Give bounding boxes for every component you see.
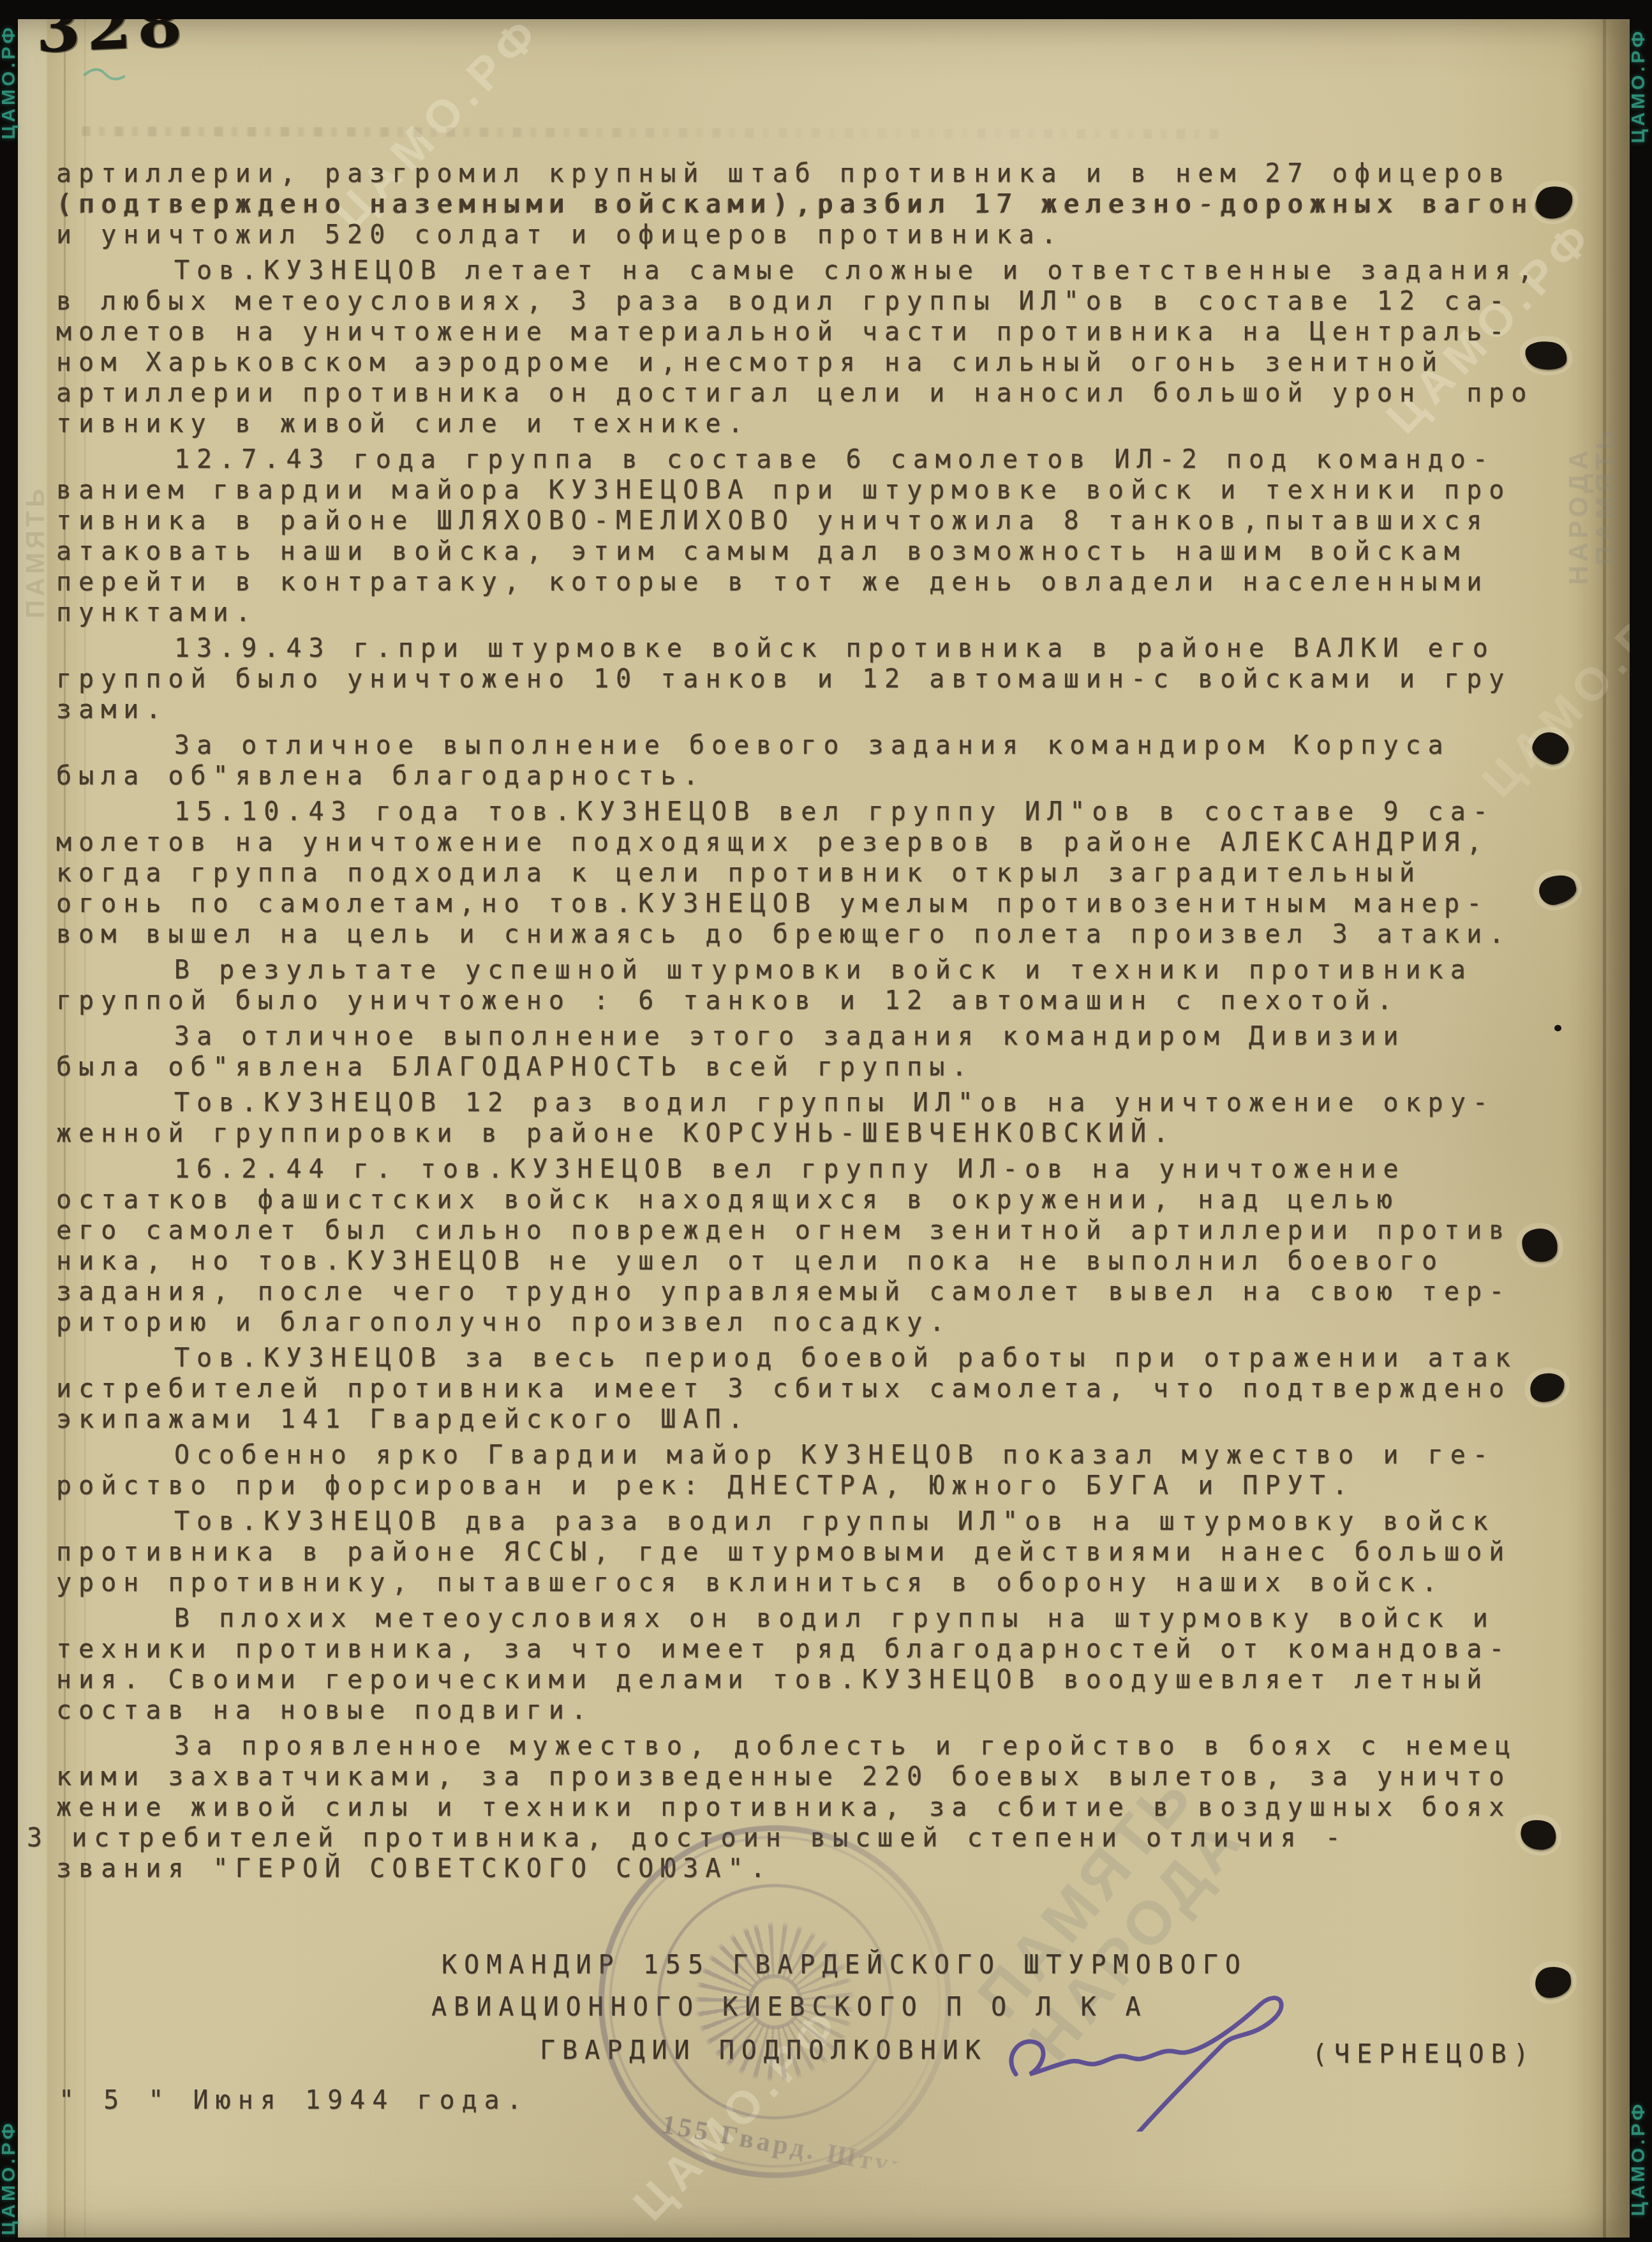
typed-line: тивника в районе ШЛЯХОВО-МЕЛИХОВО уничто…	[56, 505, 1562, 536]
document-scan: ЦАМО.РФ ЦАМО.РФ ЦАМО.РФ ЦАМО.РФ ПАМЯТЬ Н…	[0, 0, 1652, 2242]
typed-line: перейти в контратаку, которые в тот же д…	[56, 567, 1562, 597]
typed-line: огонь по самолетам,но тов.КУЗНЕЦОВ умелы…	[56, 888, 1562, 919]
paragraph: 13.9.43 г.при штурмовке войск противника…	[56, 633, 1562, 725]
typed-line: 16.2.44 г. тов.КУЗНЕЦОВ вел группу ИЛ-ов…	[56, 1154, 1562, 1185]
typed-line: группой было уничтожено : 6 танков и 12 …	[56, 985, 1562, 1016]
typed-line: Тов.КУЗНЕЦОВ 12 раз водил группы ИЛ"ов н…	[56, 1087, 1562, 1118]
typed-line: была об"явлена благодарность.	[56, 761, 1562, 791]
typed-line: За отличное выполнение боевого задания к…	[56, 730, 1562, 761]
typed-line: Тов.КУЗНЕЦОВ летает на самые сложные и о…	[56, 255, 1562, 286]
typed-line: 13.9.43 г.при штурмовке войск противника…	[56, 633, 1562, 664]
typed-line: женной группировки в районе КОРСУНЬ-ШЕВЧ…	[56, 1118, 1562, 1149]
typed-line: ном Харьковском аэродроме и,несмотря на …	[56, 347, 1562, 378]
scan-border-left	[0, 0, 18, 2242]
typed-line: ника, но тов.КУЗНЕЦОВ не ушел от цели по…	[56, 1246, 1562, 1276]
ink-dot	[1554, 1025, 1561, 1031]
signature-ink	[983, 1978, 1353, 2132]
typed-line: задания, после чего трудно управляемый с…	[56, 1276, 1562, 1307]
typed-line: В результате успешной штурмовки войск и …	[56, 955, 1562, 985]
scan-border-bottom	[0, 2238, 1652, 2242]
typed-line: Тов.КУЗНЕЦОВ за весь период боевой работ…	[56, 1343, 1562, 1373]
typed-line: (подтверждено наземными войсками),разбил…	[56, 189, 1562, 220]
typed-line: кими захватчиками, за произведенные 220 …	[56, 1761, 1562, 1792]
typed-line: 12.7.43 года группа в составе 6 самолето…	[56, 444, 1562, 475]
watermark-pamyat-vertical: ПАМЯТЬ	[1590, 426, 1621, 565]
paragraph: артиллерии, разгромил крупный штаб проти…	[56, 158, 1562, 250]
typed-line: группой было уничтожено 10 танков и 12 а…	[56, 664, 1562, 694]
typed-line: молетов на уничтожение материальной част…	[56, 317, 1562, 347]
paragraph: В результате успешной штурмовки войск и …	[56, 955, 1562, 1016]
watermark-tsamo-left-top: ЦАМО.РФ	[0, 24, 20, 139]
watermark-pamyat-naroda-left: ПАМЯТЬ	[22, 485, 50, 618]
typed-line: риторию и благополучно произвел посадку.	[56, 1307, 1562, 1338]
paragraph: В плохих метеоусловиях он водил группы н…	[56, 1603, 1562, 1726]
typed-line: За отличное выполнение этого задания ком…	[56, 1021, 1562, 1052]
typed-line: молетов на уничтожение подходящих резерв…	[56, 827, 1562, 858]
watermark-tsamo-right-bottom: ЦАМО.РФ	[1628, 2101, 1649, 2216]
typed-line: истребителей противника имеет 3 сбитых с…	[56, 1373, 1562, 1404]
typed-line: ройство при форсирован и рек: ДНЕСТРА, Ю…	[56, 1470, 1562, 1501]
typed-line: пунктами.	[56, 597, 1562, 628]
paragraph: Тов.КУЗНЕЦОВ за весь период боевой работ…	[56, 1343, 1562, 1435]
typed-line: ванием гвардии майора КУЗНЕЦОВА при штур…	[56, 475, 1562, 505]
typed-line: тивнику в живой силе и технике.	[56, 408, 1562, 439]
paragraph: 15.10.43 года тов.КУЗНЕЦОВ вел группу ИЛ…	[56, 796, 1562, 950]
typed-line: остатков фашистских войск находящихся в …	[56, 1185, 1562, 1215]
paragraph: 16.2.44 г. тов.КУЗНЕЦОВ вел группу ИЛ-ов…	[56, 1154, 1562, 1338]
typed-line: в любых метеоусловиях, 3 раза водил груп…	[56, 286, 1562, 317]
paragraph: Тов.КУЗНЕЦОВ летает на самые сложные и о…	[56, 255, 1562, 439]
scan-border-top	[0, 0, 1652, 19]
watermark-tsamo-left-bottom: ЦАМО.РФ	[0, 2120, 20, 2235]
typed-line: атаковать наши войска, этим самым дал во…	[56, 536, 1562, 567]
typed-line: За проявленное мужество, доблесть и геро…	[56, 1731, 1562, 1761]
typed-text: артиллерии, разгромил крупный штаб проти…	[56, 158, 1562, 1889]
typed-line: и уничтожил 520 солдат и офицеров против…	[56, 220, 1562, 250]
paragraph: Тов.КУЗНЕЦОВ два раза водил группы ИЛ"ов…	[56, 1506, 1562, 1598]
typed-line: артиллерии противника он достигал цели и…	[56, 378, 1562, 408]
typed-line: техники противника, за что имеет ряд бла…	[56, 1634, 1562, 1664]
paragraph: Особенно ярко Гвардии майор КУЗНЕЦОВ пок…	[56, 1440, 1562, 1501]
typed-line: его самолет был сильно поврежден огнем з…	[56, 1215, 1562, 1246]
paragraph: За отличное выполнение этого задания ком…	[56, 1021, 1562, 1082]
typed-line: Особенно ярко Гвардии майор КУЗНЕЦОВ пок…	[56, 1440, 1562, 1470]
paragraph: 12.7.43 года группа в составе 6 самолето…	[56, 444, 1562, 628]
paragraph: За отличное выполнение боевого задания к…	[56, 730, 1562, 791]
watermark-tsamo-right-top: ЦАМО.РФ	[1628, 28, 1649, 143]
typed-line: 15.10.43 года тов.КУЗНЕЦОВ вел группу ИЛ…	[56, 796, 1562, 827]
typed-line: вом вышел на цель и снижаясь до бреющего…	[56, 919, 1562, 950]
typed-line: противника в районе ЯССЫ, где штурмовыми…	[56, 1537, 1562, 1567]
typed-line: урон противнику, пытавшегося вклиниться …	[56, 1567, 1562, 1598]
paragraph: Тов.КУЗНЕЦОВ 12 раз водил группы ИЛ"ов н…	[56, 1087, 1562, 1149]
date-line: " 5 " Июня 1944 года.	[59, 2086, 529, 2115]
scan-border-right	[1630, 0, 1652, 2242]
typed-line: состав на новые подвиги.	[56, 1695, 1562, 1726]
typed-line: В плохих метеоусловиях он водил группы н…	[56, 1603, 1562, 1634]
typed-line: ния. Своими героическими делами тов.КУЗН…	[56, 1664, 1562, 1695]
typed-line: Тов.КУЗНЕЦОВ два раза водил группы ИЛ"ов…	[56, 1506, 1562, 1537]
watermark-naroda-vertical: НАРОДА	[1563, 447, 1594, 585]
typed-line: была об"явлена БЛАГОДАРНОСТЬ всей группы…	[56, 1052, 1562, 1082]
crease-line-right	[1603, 17, 1606, 2238]
typed-line: экипажами 141 Гвардейского ШАП.	[56, 1404, 1562, 1435]
typed-line: зами.	[56, 694, 1562, 725]
typed-line: когда группа подходила к цели противник …	[56, 858, 1562, 888]
typed-line: артиллерии, разгромил крупный штаб проти…	[56, 158, 1562, 189]
